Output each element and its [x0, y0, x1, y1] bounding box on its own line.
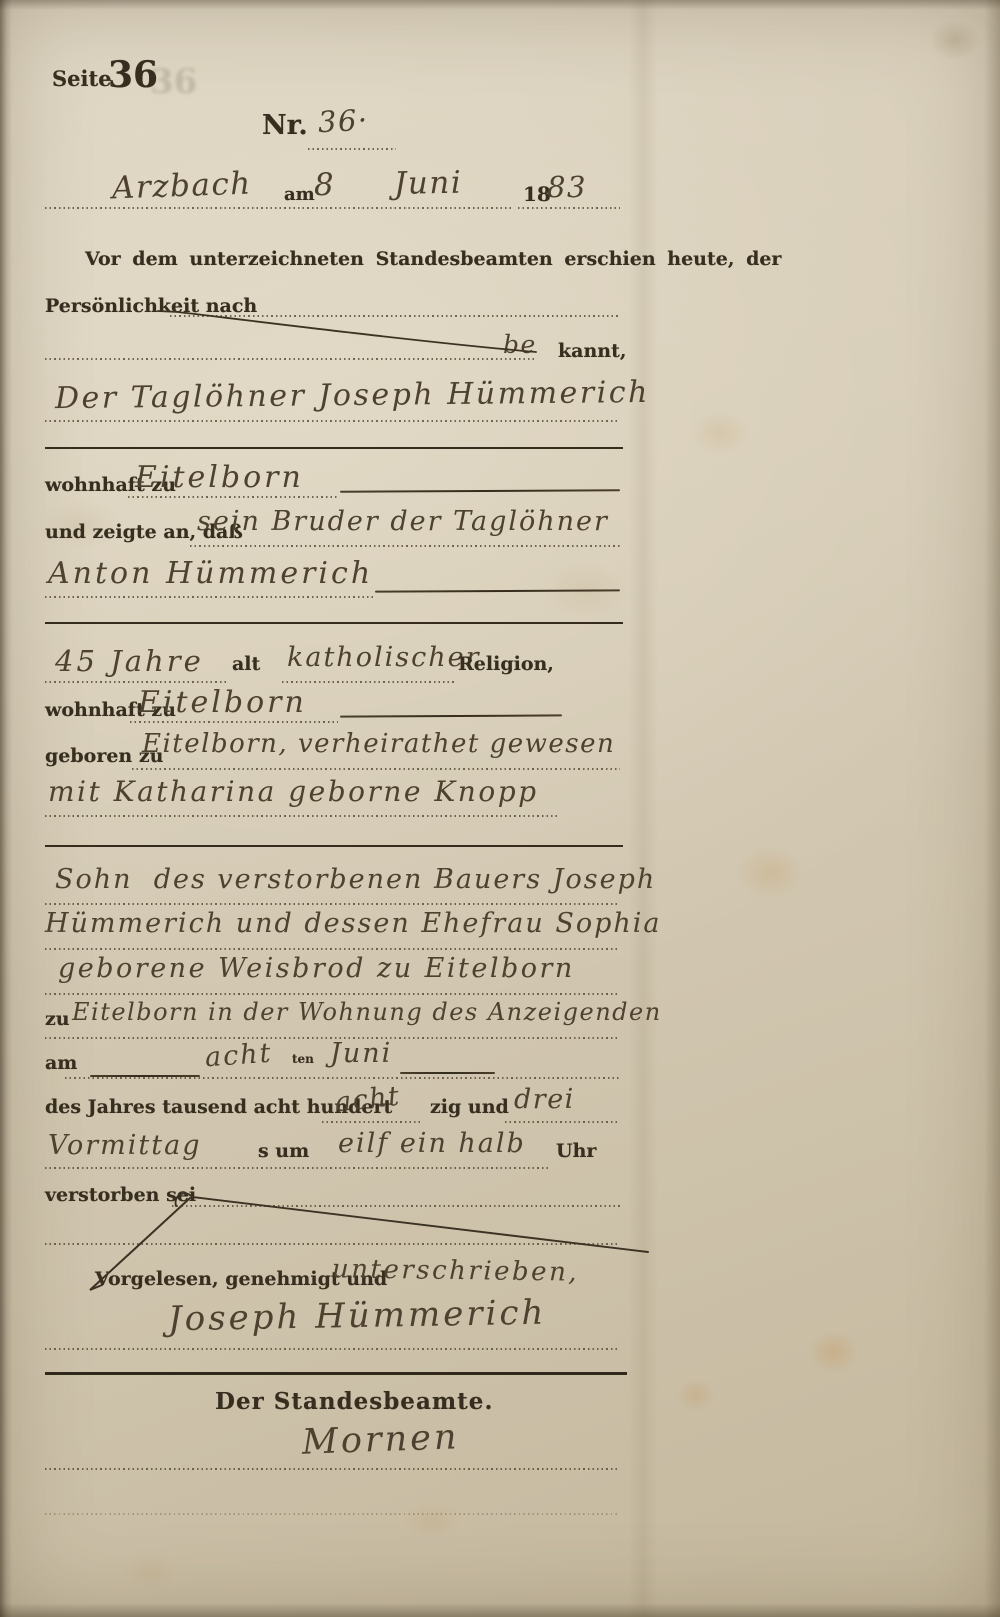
death-zu-label: zu	[45, 1008, 70, 1030]
underline-faint	[45, 1513, 620, 1515]
deceased-name: Anton Hümmerich	[48, 556, 373, 591]
page-edge-bottom	[0, 1603, 1000, 1617]
underline	[45, 948, 620, 950]
daytime-hand: Vormittag	[48, 1130, 202, 1161]
section-rule	[45, 447, 623, 449]
born-value: Eitelborn, verheirathet gewesen	[142, 729, 615, 759]
underline	[45, 1468, 620, 1470]
fill-line	[400, 1072, 495, 1074]
declarant-signature: Joseph Hümmerich	[168, 1293, 547, 1340]
parentage-line2: Hümmerich und dessen Ehefrau Sophia	[45, 908, 662, 939]
underline	[45, 1348, 620, 1350]
date-day-month: 8 Juni	[314, 165, 463, 204]
fill-line	[375, 589, 620, 592]
religion-value: katholischer	[287, 642, 480, 673]
death-day-hand: acht	[204, 1038, 273, 1074]
parentage-line3: geborene Weisbrod zu Eitelborn	[58, 953, 575, 984]
section-rule	[45, 622, 623, 624]
deceased-residence-value: Eitelborn	[138, 685, 307, 720]
page-edge-left	[0, 0, 12, 1617]
underline	[45, 903, 620, 905]
underline	[518, 207, 620, 209]
place-value: Arzbach	[111, 166, 252, 207]
underline	[322, 1121, 422, 1123]
religion-label: Religion,	[458, 653, 554, 675]
section-rule	[45, 1372, 627, 1375]
stain	[690, 410, 750, 456]
underline	[45, 815, 560, 817]
underline	[45, 993, 620, 995]
spouse-line: mit Katharina geborne Knopp	[48, 775, 539, 808]
registrar-signature: Mornen	[301, 1417, 460, 1462]
registrar-title: Der Standesbeamte.	[215, 1388, 493, 1415]
um-label: s um	[258, 1140, 309, 1162]
record-number-label: Nr.	[262, 110, 308, 141]
page-edge-right	[984, 0, 1000, 1617]
underline	[172, 1205, 620, 1207]
underline	[45, 681, 227, 683]
intro-line2: Persönlichkeit nach	[45, 295, 257, 317]
uhr-label: Uhr	[556, 1140, 596, 1162]
underline	[45, 596, 375, 598]
fill-line	[340, 714, 562, 717]
page-number-value: 36	[108, 54, 158, 96]
underline	[505, 1121, 620, 1123]
known-hand: be	[503, 330, 537, 359]
underline	[130, 721, 338, 723]
underline	[282, 681, 454, 683]
stain	[930, 20, 980, 60]
underline	[45, 1167, 550, 1169]
am-label: am	[284, 184, 315, 205]
fill-line	[340, 489, 620, 492]
declarant-residence-value: Eitelborn	[135, 460, 304, 495]
death-month-hand: Juni	[330, 1038, 392, 1069]
underline	[45, 1243, 620, 1245]
record-number-value: 36·	[317, 103, 369, 140]
zig-label: zig und	[430, 1096, 509, 1118]
year-ones-hand: drei	[514, 1084, 575, 1115]
death-register-page: 36 Seite 36 Nr. 36· Arzbach am 8 Juni 18…	[0, 0, 1000, 1617]
intro-line1: Vor dem unterzeichneten Standesbeamten e…	[85, 248, 781, 270]
age-label: alt	[232, 653, 260, 675]
died-label: verstorben sei	[45, 1184, 196, 1206]
announce-hand: sein Bruder der Taglöhner	[197, 506, 609, 537]
section-rule	[45, 845, 623, 847]
known-printed: kannt,	[558, 340, 627, 362]
death-place: Eitelborn in der Wohnung des Anzeigenden	[72, 998, 662, 1026]
underline	[190, 545, 620, 547]
closing-hand: unterschrieben,	[332, 1254, 579, 1287]
year-hand: 83	[547, 170, 587, 204]
underline	[45, 207, 512, 209]
declarant-name: Der Taglöhner Joseph Hümmerich	[55, 375, 650, 416]
underline	[170, 315, 620, 317]
underline	[45, 420, 620, 422]
page-fold	[628, 0, 658, 1617]
age-value: 45 Jahre	[55, 644, 204, 678]
underline	[65, 1077, 620, 1079]
underline	[128, 496, 338, 498]
underline	[308, 148, 396, 150]
stain	[400, 1500, 464, 1540]
underline	[45, 358, 535, 360]
stain	[808, 1330, 860, 1374]
stain	[676, 1378, 716, 1412]
death-am-label: am	[45, 1052, 77, 1074]
page-edge-top	[0, 0, 1000, 10]
stain	[735, 845, 805, 900]
parentage-line1: Sohn des verstorbenen Bauers Joseph	[55, 864, 656, 895]
underline	[132, 768, 620, 770]
page-number-label: Seite	[52, 66, 112, 91]
stain	[120, 1555, 180, 1589]
time-hand: eilf ein halb	[338, 1128, 526, 1159]
death-ten-label: ten	[292, 1052, 314, 1066]
